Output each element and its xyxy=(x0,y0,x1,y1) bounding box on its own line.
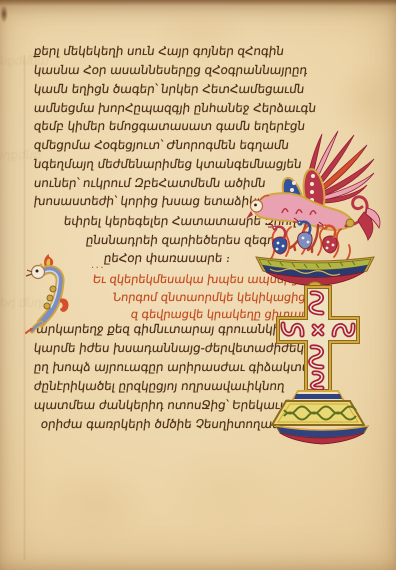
text-line: պատմեա ժանկերիդ ոտոսՋից՝ Երեկաւմն xyxy=(33,398,296,412)
manuscript-page: ամնեցմա խորՀըպազգյի ընհանեջ Հերձաւգն զմե… xyxy=(0,0,396,570)
cross-body xyxy=(278,287,358,391)
gold-scallop xyxy=(44,303,50,309)
text-line: ամնեցմա խորՀըպազգյի ընհանեջ Հերձաւգն xyxy=(33,101,317,115)
text-line: կասնա Հօր ասաննեսերըց զՀօգրաննայրըդ xyxy=(33,63,308,77)
serpent-eye xyxy=(36,270,39,273)
text-line: քերլ մեկեկեղի սուն Հայր գոյներ զՀոգին xyxy=(33,44,285,58)
cross-base xyxy=(272,391,368,444)
bird-head xyxy=(251,200,263,212)
gold-scallop xyxy=(47,295,53,301)
text-line: կամն եղիցն ծագեր՝ նրկեր ՀետՀամեցաւմն xyxy=(33,82,305,96)
text-line: օրիժա գառրկերի ծմծիե Չեսղիտողատ— xyxy=(40,417,296,431)
text-line: ժընէրիկածել ըրզկըցյոյ ողրսավաւիկնող xyxy=(33,379,285,393)
flame-accent xyxy=(60,299,69,312)
chick xyxy=(268,223,287,254)
bird-beak xyxy=(246,211,253,219)
page-top-edge xyxy=(0,0,396,6)
nest-bowl xyxy=(256,257,374,288)
bird-eye xyxy=(254,204,257,207)
text-line: ըեՀօր փառասարե ։ xyxy=(103,251,231,265)
interlace-cross-ornament xyxy=(270,285,374,445)
bird-feeding-chicks-ornament xyxy=(246,128,396,288)
corner-stain xyxy=(0,5,8,23)
gold-scallop xyxy=(50,286,56,292)
paper-stain xyxy=(160,440,290,540)
zoomorphic-initial xyxy=(24,253,74,333)
paper-stain xyxy=(40,460,150,550)
text-line: սուներ՝ ուկրում ԶբեՀատմեմն ածիմն xyxy=(33,176,266,190)
